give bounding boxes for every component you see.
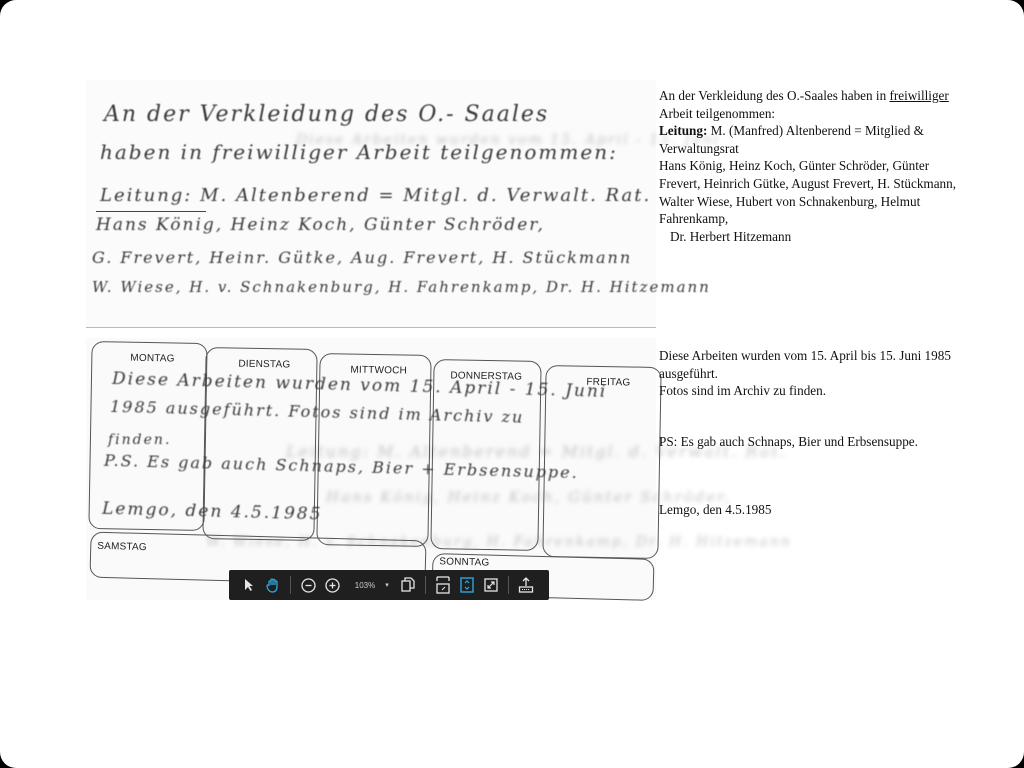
transcription-paragraph-ps: PS: Es gab auch Schnaps, Bier und Erbsen… bbox=[659, 433, 959, 451]
zoom-in-button[interactable] bbox=[320, 573, 344, 597]
copy-pages-icon bbox=[401, 577, 415, 593]
participant-names: Hans König, Heinz Koch, Günter Schröder,… bbox=[659, 157, 959, 227]
handwriting-line: Leitung: M. Altenberend = Mitgl. d. Verw… bbox=[100, 185, 656, 206]
select-tool-button[interactable] bbox=[237, 573, 261, 597]
scanned-document-image: An der Verkleidung des O.- Saales Diese … bbox=[86, 80, 656, 600]
photos-text: Fotos sind im Archiv zu finden. bbox=[659, 382, 959, 400]
bleed-through-text: W. Wiese, H. v. Schnakenburg, H. Fahrenk… bbox=[206, 534, 656, 550]
handwriting-line: W. Wiese, H. v. Schnakenburg, H. Fahrenk… bbox=[92, 278, 656, 296]
document-viewer: An der Verkleidung des O.- Saales Diese … bbox=[0, 0, 1024, 768]
viewer-toolbar: 103% ▾ bbox=[229, 570, 549, 600]
day-label: SONNTAG bbox=[439, 556, 489, 568]
fit-page-icon bbox=[460, 577, 474, 593]
underlined-word: freiwilliger bbox=[889, 88, 948, 103]
hand-tool-button[interactable] bbox=[261, 573, 285, 597]
toolbar-divider bbox=[290, 576, 291, 594]
zoom-out-button[interactable] bbox=[296, 573, 320, 597]
day-label: DIENSTAG bbox=[238, 359, 290, 371]
handwriting-line: G. Frevert, Heinr. Gütke, Aug. Frevert, … bbox=[92, 248, 656, 267]
day-label: SAMSTAG bbox=[97, 541, 147, 553]
fit-page-button[interactable] bbox=[455, 573, 479, 597]
participant-last-name: Dr. Herbert Hitzemann bbox=[659, 228, 959, 246]
toolbar-divider bbox=[508, 576, 509, 594]
zoom-level[interactable]: 103% bbox=[350, 581, 380, 590]
underline-stroke bbox=[96, 211, 206, 212]
fullscreen-icon bbox=[484, 578, 498, 592]
zoom-in-icon bbox=[325, 578, 340, 593]
fit-width-button[interactable] bbox=[431, 573, 455, 597]
pointer-arrow-icon bbox=[243, 578, 255, 592]
zoom-out-icon bbox=[301, 578, 316, 593]
place-date-text: Lemgo, den 4.5.1985 bbox=[659, 501, 959, 519]
zoom-dropdown-chevron-icon[interactable]: ▾ bbox=[380, 581, 394, 589]
page-view-button[interactable] bbox=[396, 573, 420, 597]
scan-edge bbox=[86, 327, 656, 328]
handwriting-line: haben in freiwilliger Arbeit teilgenomme… bbox=[100, 140, 656, 164]
transcription-paragraph-signature: Lemgo, den 4.5.1985 bbox=[659, 501, 959, 519]
ps-text: PS: Es gab auch Schnaps, Bier und Erbsen… bbox=[659, 433, 959, 451]
bleed-through-text: Leitung: M. Altenberend = Mitgl. d. Verw… bbox=[286, 442, 656, 461]
bleed-through-text: Hans König, Heinz Koch, Günter Schröder, bbox=[326, 488, 656, 506]
handwriting-line: Hans König, Heinz Koch, Günter Schröder, bbox=[96, 215, 656, 235]
hand-pan-icon bbox=[265, 577, 281, 593]
transcription-paragraph-dates: Diese Arbeiten wurden vom 15. April bis … bbox=[659, 347, 959, 400]
dates-text: Diese Arbeiten wurden vom 15. April bis … bbox=[659, 347, 959, 382]
share-export-button[interactable] bbox=[514, 573, 538, 597]
fullscreen-button[interactable] bbox=[479, 573, 503, 597]
toolbar-divider bbox=[425, 576, 426, 594]
intro-text-rest: Arbeit teilgenommen: bbox=[659, 106, 775, 121]
leitung-label: Leitung: bbox=[659, 123, 707, 138]
fit-width-icon bbox=[436, 576, 450, 594]
handwriting-line: An der Verkleidung des O.- Saales bbox=[104, 102, 656, 127]
transcription-paragraph-participants: An der Verkleidung des O.-Saales haben i… bbox=[659, 87, 959, 245]
day-label: MONTAG bbox=[130, 353, 175, 365]
upload-share-icon bbox=[518, 577, 534, 593]
calendar-page-section: MONTAG DIENSTAG MITTWOCH DONNERSTAG FREI… bbox=[86, 338, 656, 600]
handwritten-note-section: An der Verkleidung des O.- Saales Diese … bbox=[86, 80, 656, 328]
intro-text: An der Verkleidung des O.-Saales haben i… bbox=[659, 88, 886, 103]
